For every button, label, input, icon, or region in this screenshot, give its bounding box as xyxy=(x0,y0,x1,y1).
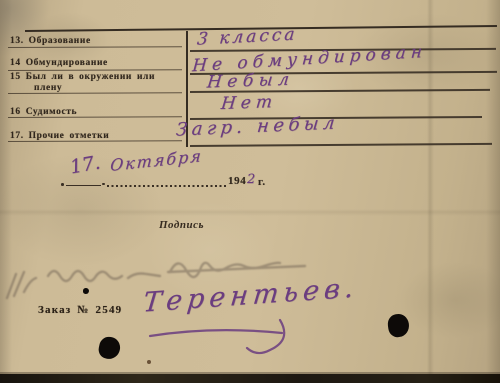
date-blank-line-dotted xyxy=(107,185,228,187)
field-13-number: 13. xyxy=(10,36,24,46)
field-13-underline xyxy=(8,46,182,48)
date-blank-line-short xyxy=(66,185,101,186)
date-leader-dot-1 xyxy=(61,183,64,186)
small-ink-dot xyxy=(83,288,89,294)
field-15-label-line2: плену xyxy=(34,83,62,93)
field-15-label-line1: 15 Был ли в окружении или xyxy=(10,72,155,82)
field-13-label: 13. Образование xyxy=(10,36,91,46)
date-year-prefix: 194 xyxy=(228,175,246,187)
answer-line-17 xyxy=(190,142,492,146)
field-14-number: 14 xyxy=(10,58,21,68)
field-17-label: 17. Прочие отметки xyxy=(10,131,109,141)
date-year-suffix: г. xyxy=(258,176,266,188)
field-16-number: 16 xyxy=(10,107,21,117)
field-17-number: 17. xyxy=(10,131,24,141)
field-17-underline xyxy=(8,140,182,142)
scanned-form-document: 13. Образование 14 Обмундирование 15 Был… xyxy=(0,0,500,383)
field-13-handwritten-value: 3 класса xyxy=(196,24,298,49)
field-15-handwritten-value: Небыл xyxy=(206,69,295,92)
field-14-underline xyxy=(8,69,182,71)
paper-speck xyxy=(147,360,151,364)
field-15-number: 15 xyxy=(10,72,21,82)
field-16-handwritten-value: Нет xyxy=(220,92,278,114)
field-16-label: 16 Судимость xyxy=(10,107,77,117)
date-leader-dot-2 xyxy=(102,183,105,186)
scan-bottom-strip xyxy=(0,374,500,383)
field-15-underline xyxy=(8,92,182,94)
date-year-digit-handwritten: 2 xyxy=(247,172,255,187)
date-month-handwritten: Октября xyxy=(110,146,204,175)
field-17-handwritten-value: Загр. небыл xyxy=(175,112,340,140)
field-14-label: 14 Обмундирование xyxy=(10,58,108,68)
field-16-underline xyxy=(8,116,182,118)
signature-flourish xyxy=(108,318,308,368)
order-number: Заказ № 2549 xyxy=(38,304,122,316)
date-day-handwritten: 17. xyxy=(68,152,102,179)
signature-label: Подпись xyxy=(159,219,204,231)
hole-punch-right xyxy=(387,313,411,339)
